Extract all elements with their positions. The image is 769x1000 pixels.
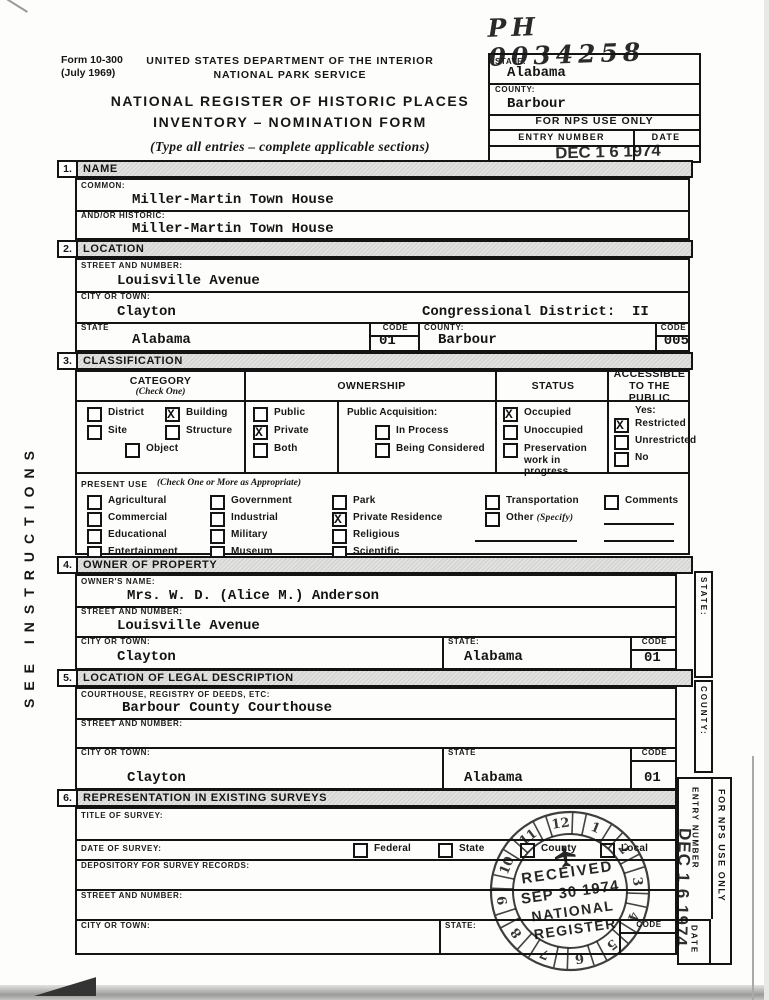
svg-text:10: 10 <box>497 855 518 877</box>
svg-text:7: 7 <box>538 945 552 962</box>
checkbox-label: Comments <box>625 495 678 507</box>
state-code-value: 01 <box>379 334 396 348</box>
dept-line1: UNITED STATES DEPARTMENT OF THE INTERIOR <box>120 55 460 67</box>
checkbox-military[interactable]: Military <box>210 529 268 544</box>
svg-text:2: 2 <box>614 841 631 857</box>
checkbox-label: Agricultural <box>108 495 167 507</box>
checkbox-label: Federal <box>374 843 411 855</box>
checkbox-transportation[interactable]: Transportation <box>485 495 579 510</box>
classification-divider <box>607 400 609 472</box>
legal-city-label: CITY OR TOWN: <box>81 749 150 758</box>
dept-line2: NATIONAL PARK SERVICE <box>120 69 460 81</box>
survey-title-label: TITLE OF SURVEY: <box>81 812 163 821</box>
sidebar-state-label: STATE: <box>699 573 708 676</box>
checkbox-both[interactable]: Both <box>253 443 298 458</box>
state-code-cell: CODE 01 <box>369 322 420 350</box>
section-2-number: 2. <box>59 242 78 256</box>
legal-code-cell: CODE 01 <box>630 747 677 788</box>
owner-name-value: Mrs. W. D. (Alice M.) Anderson <box>127 589 379 603</box>
legal-city-value: Clayton <box>127 771 186 785</box>
street-value: Louisville Avenue <box>117 274 260 288</box>
checkbox-building[interactable]: Building <box>165 407 228 422</box>
checkbox-religious[interactable]: Religious <box>332 529 400 544</box>
checkbox-unoccupied[interactable]: Unoccupied <box>503 425 583 440</box>
checkbox-label: State <box>459 843 484 855</box>
accessible-header: ACCESSIBLE TO THE PUBLIC <box>607 372 690 400</box>
survey-state-label: STATE: <box>445 922 476 931</box>
city-label: CITY OR TOWN: <box>81 293 150 302</box>
state-county-row: STATE Alabama CODE 01 COUNTY: Barbour CO… <box>77 322 688 350</box>
svg-text:12: 12 <box>551 815 571 832</box>
checkbox-label: In Process <box>396 425 449 437</box>
owner-state-cell: STATE: Alabama <box>442 636 632 668</box>
svg-text:8: 8 <box>508 924 525 940</box>
checkbox-survey-state[interactable]: State <box>438 843 484 858</box>
checkbox-label: Private <box>274 425 309 437</box>
section-4-number: 4. <box>59 558 78 572</box>
classification-divider <box>337 400 339 472</box>
section-6-number: 6. <box>59 791 78 805</box>
owner-street-label: STREET AND NUMBER: <box>81 608 183 617</box>
checkbox-industrial[interactable]: Industrial <box>210 512 278 527</box>
section-2-box: STREET AND NUMBER: Louisville Avenue CIT… <box>75 258 690 352</box>
checkbox-label: Government <box>231 495 292 507</box>
city-value: Clayton <box>117 305 176 319</box>
svg-text:1: 1 <box>588 820 602 837</box>
checkbox-label: Private Residence <box>353 512 443 524</box>
section-5-title: LOCATION OF LEGAL DESCRIPTION <box>78 671 294 685</box>
checkbox-label: Restricted <box>635 418 686 430</box>
section-5-bar: 5. LOCATION OF LEGAL DESCRIPTION <box>57 669 693 687</box>
state-value: Alabama <box>132 333 191 347</box>
historic-name-field: AND/OR HISTORIC: Miller-Martin Town Hous… <box>77 210 688 238</box>
checkbox-object[interactable]: Object <box>125 443 178 458</box>
comments-write-in-line[interactable] <box>604 523 674 525</box>
checkbox-label: No <box>635 452 649 464</box>
svg-text:5: 5 <box>603 935 619 952</box>
checkbox-district[interactable]: District <box>87 407 144 422</box>
checkbox-park[interactable]: Park <box>332 495 376 510</box>
legal-state-cell: STATE Alabama <box>442 747 632 788</box>
checkbox-label: Building <box>186 407 228 419</box>
checkbox-being-considered[interactable]: Being Considered <box>375 443 485 458</box>
category-header-text: CATEGORY <box>130 375 192 387</box>
sidebar-use-only-cell: FOR NPS USE ONLY <box>713 779 730 963</box>
owner-street-value: Louisville Avenue <box>117 619 260 633</box>
received-stamp: 121234567891011 RECEIVED SEP 30 1974 NAT… <box>485 806 655 976</box>
legal-street-field: STREET AND NUMBER: <box>77 718 675 749</box>
section-3-title: CLASSIFICATION <box>78 354 183 368</box>
see-instructions-note: SEE INSTRUCTIONS <box>21 360 37 708</box>
section-6-title: REPRESENTATION IN EXISTING SURVEYS <box>78 791 327 805</box>
checkbox-label: Commercial <box>108 512 167 524</box>
status-header: STATUS <box>495 372 609 400</box>
survey-date-label: DATE OF SURVEY: <box>81 845 162 854</box>
section-6-bar: 6. REPRESENTATION IN EXISTING SURVEYS <box>57 789 677 807</box>
owner-state-value: Alabama <box>464 650 523 664</box>
form-title-line1: NATIONAL REGISTER OF HISTORIC PLACES <box>90 93 490 109</box>
sidebar-county-box: COUNTY: <box>694 680 713 773</box>
courthouse-field: COURTHOUSE, REGISTRY OF DEEDS, ETC: Barb… <box>77 689 675 720</box>
comments-write-in-line[interactable] <box>604 540 674 542</box>
form-number: Form 10-300 (July 1969) <box>61 54 123 79</box>
common-name-value: Miller-Martin Town House <box>132 193 334 207</box>
form-date-line: (July 1969) <box>61 67 123 80</box>
present-use-sublabel: (Check One or More as Appropriate) <box>157 478 301 488</box>
legal-state-label: STATE <box>448 749 476 758</box>
section-1-bar: 1. NAME <box>57 160 693 178</box>
form-title: NATIONAL REGISTER OF HISTORIC PLACES INV… <box>90 93 490 130</box>
owner-city-label: CITY OR TOWN: <box>81 638 150 647</box>
owner-city-value: Clayton <box>117 650 176 664</box>
checkbox-label: Public <box>274 407 305 419</box>
historic-name-value: Miller-Martin Town House <box>132 222 334 236</box>
checkbox-site[interactable]: Site <box>87 425 127 440</box>
county-value: Barbour <box>438 333 497 347</box>
checkbox-label: Structure <box>186 425 232 437</box>
state-label: STATE <box>81 324 109 333</box>
accessible-header-text: ACCESSIBLE TO THE PUBLIC <box>612 368 688 404</box>
checkbox-agricultural[interactable]: Agricultural <box>87 495 167 510</box>
other-specify-note: (Specify) <box>537 513 574 523</box>
legal-state-value: Alabama <box>464 771 523 785</box>
checkbox-label: Unoccupied <box>524 425 583 437</box>
classification-header-row: CATEGORY (Check One) OWNERSHIP STATUS AC… <box>77 372 688 402</box>
category-subheader-text: (Check One) <box>136 387 186 397</box>
checkbox-other[interactable]: Other (Specify) <box>485 512 573 527</box>
legal-city-row: CITY OR TOWN: Clayton STATE Alabama CODE… <box>77 747 675 788</box>
scanned-nomination-form: PH 0034258 Form 10-300 (July 1969) UNITE… <box>0 0 769 1000</box>
owner-city-row: CITY OR TOWN: Clayton STATE: Alabama COD… <box>77 636 675 668</box>
checkbox-label: Occupied <box>524 407 571 419</box>
section-2-bar: 2. LOCATION <box>57 240 693 258</box>
checkbox-label: Industrial <box>231 512 278 524</box>
courthouse-label: COURTHOUSE, REGISTRY OF DEEDS, ETC: <box>81 691 270 700</box>
checkbox-restricted[interactable]: Restricted <box>614 418 686 433</box>
form-title-line2: INVENTORY – NOMINATION FORM <box>90 114 490 130</box>
svg-text:3: 3 <box>629 876 645 887</box>
section-3-number: 3. <box>59 354 78 368</box>
present-use-label: PRESENT USE <box>81 480 148 489</box>
section-1-box: COMMON: Miller-Martin Town House AND/OR … <box>75 178 690 240</box>
county-code-cell: CODE 005 <box>655 322 690 350</box>
checkbox-comments[interactable]: Comments <box>604 495 678 510</box>
ownership-header-text: OWNERSHIP <box>337 380 405 392</box>
section-5-number: 5. <box>59 671 78 685</box>
checkbox-label: Unrestricted <box>635 435 696 447</box>
form-number-line: Form 10-300 <box>61 54 123 67</box>
street-label: STREET AND NUMBER: <box>81 262 183 271</box>
form-subtitle: (Type all entries – complete applicable … <box>90 139 490 155</box>
owner-name-field: OWNER'S NAME: Mrs. W. D. (Alice M.) Ande… <box>77 576 675 608</box>
county-field: COUNTY: Barbour <box>490 83 699 116</box>
other-write-in-line[interactable] <box>475 540 577 542</box>
classification-divider <box>495 400 497 472</box>
checkbox-label: Transportation <box>506 495 579 507</box>
accessible-yes-label: Yes: <box>635 405 656 416</box>
state-field-value: Alabama <box>507 66 566 80</box>
checkbox-commercial[interactable]: Commercial <box>87 512 167 527</box>
survey-street-label: STREET AND NUMBER: <box>81 892 183 901</box>
county-cell: COUNTY: Barbour <box>418 322 657 350</box>
section-4-bar: 4. OWNER OF PROPERTY <box>57 556 693 574</box>
legal-code-value: 01 <box>644 771 661 785</box>
county-code-value: 005 <box>664 334 689 348</box>
svg-text:4: 4 <box>624 909 641 923</box>
state-field: STATE: Alabama <box>490 55 699 85</box>
checkbox-label: Both <box>274 443 298 455</box>
scan-corner-mark <box>0 0 28 13</box>
survey-city-label: CITY OR TOWN: <box>81 922 150 931</box>
checkbox-occupied[interactable]: Occupied <box>503 407 571 422</box>
checkbox-unrestricted[interactable]: Unrestricted <box>614 435 696 450</box>
common-name-label: COMMON: <box>81 182 125 191</box>
section-2-title: LOCATION <box>78 242 144 256</box>
checkbox-label: Site <box>108 425 127 437</box>
checkbox-label: Religious <box>353 529 400 541</box>
section-5-box: COURTHOUSE, REGISTRY OF DEEDS, ETC: Barb… <box>75 687 677 790</box>
checkbox-survey-federal[interactable]: Federal <box>353 843 411 858</box>
present-use-header-row: PRESENT USE (Check One or More as Approp… <box>77 472 688 494</box>
checkbox-public[interactable]: Public <box>253 407 305 422</box>
entry-number-label: ENTRY NUMBER <box>490 129 633 145</box>
section-4-box: OWNER'S NAME: Mrs. W. D. (Alice M.) Ande… <box>75 574 677 670</box>
checkbox-in-process[interactable]: In Process <box>375 425 449 440</box>
checkbox-private[interactable]: Private <box>253 425 309 440</box>
classification-divider <box>244 400 246 472</box>
section-1-number: 1. <box>59 162 78 176</box>
historic-name-label: AND/OR HISTORIC: <box>81 212 165 221</box>
checkbox-label: Other (Specify) <box>506 512 573 524</box>
checkbox-label: Being Considered <box>396 443 485 455</box>
page-right-edge <box>764 0 769 1000</box>
checkbox-label: District <box>108 407 144 419</box>
category-header: CATEGORY (Check One) <box>77 372 244 400</box>
city-field: CITY OR TOWN: Clayton Congressional Dist… <box>77 291 688 324</box>
checkbox-label: Educational <box>108 529 167 541</box>
section-4-title: OWNER OF PROPERTY <box>78 558 217 572</box>
owner-name-label: OWNER'S NAME: <box>81 578 155 587</box>
checkbox-educational[interactable]: Educational <box>87 529 167 544</box>
ownership-header: OWNERSHIP <box>244 372 497 400</box>
owner-street-field: STREET AND NUMBER: Louisville Avenue <box>77 606 675 638</box>
nps-use-box: STATE: Alabama COUNTY: Barbour FOR NPS U… <box>488 53 701 163</box>
sidebar-use-only-label: FOR NPS USE ONLY <box>717 779 727 963</box>
owner-code-label: CODE <box>632 636 677 651</box>
street-field: STREET AND NUMBER: Louisville Avenue <box>77 260 688 293</box>
checkbox-label: Object <box>146 443 178 455</box>
status-header-text: STATUS <box>532 380 575 392</box>
checkbox-government[interactable]: Government <box>210 495 292 510</box>
congressional-district-value: Congressional District: II <box>422 305 649 319</box>
owner-state-label: STATE: <box>448 638 479 647</box>
sidebar-county-label: COUNTY: <box>699 682 708 771</box>
courthouse-value: Barbour County Courthouse <box>122 701 332 715</box>
common-name-field: COMMON: Miller-Martin Town House <box>77 180 688 212</box>
depository-label: DEPOSITORY FOR SURVEY RECORDS: <box>81 862 250 871</box>
checkbox-no[interactable]: No <box>614 452 649 467</box>
checkbox-label: Park <box>353 495 376 507</box>
department-heading: UNITED STATES DEPARTMENT OF THE INTERIOR… <box>120 55 460 81</box>
sidebar-state-box: STATE: <box>694 571 713 678</box>
county-field-value: Barbour <box>507 97 566 111</box>
page-edge-line <box>752 756 754 1000</box>
public-acquisition-label: Public Acquisition: <box>347 407 437 418</box>
section-1-title: NAME <box>78 162 118 176</box>
legal-street-label: STREET AND NUMBER: <box>81 720 183 729</box>
svg-text:9: 9 <box>495 895 511 906</box>
page-bottom-shadow <box>0 985 769 1000</box>
svg-text:6: 6 <box>574 950 585 966</box>
checkbox-label: Military <box>231 529 268 541</box>
checkbox-private-residence[interactable]: Private Residence <box>332 512 443 527</box>
checkbox-structure[interactable]: Structure <box>165 425 232 440</box>
legal-code-label: CODE <box>632 747 677 762</box>
owner-code-cell: CODE 01 <box>630 636 677 668</box>
county-field-label: COUNTY: <box>495 86 535 95</box>
owner-code-value: 01 <box>644 651 661 665</box>
section-3-box: CATEGORY (Check One) OWNERSHIP STATUS AC… <box>75 370 690 555</box>
section-3-bar: 3. CLASSIFICATION <box>57 352 693 370</box>
